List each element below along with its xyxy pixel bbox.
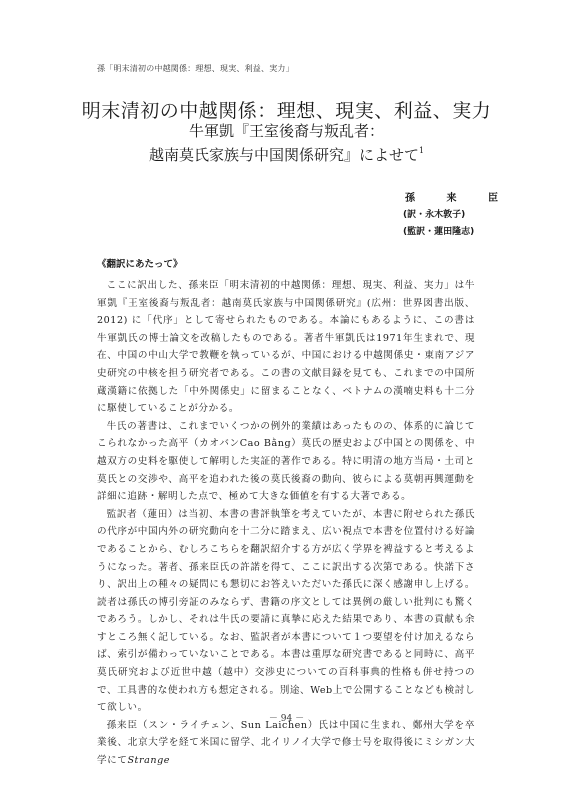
section-heading: 《翻訳にあたって》	[97, 256, 183, 270]
body-text: ここに訳出した、孫来臣「明末清初的中越関係：理想、現実、利益、実力」は牛軍凱『王…	[97, 277, 475, 770]
subtitle-line-1: 牛軍凱『王室後裔与叛乱者：	[0, 122, 573, 141]
author-name: 孫 来 臣	[405, 190, 512, 207]
supervisor-credit: (監訳・蓮田隆志)	[403, 224, 512, 241]
article-subtitle: 牛軍凱『王室後裔与叛乱者： 越南莫氏家族与中国関係研究』によせて1	[0, 122, 573, 165]
paragraph: 監訳者（蓮田）は当初、本書の書評執筆を考えていたが、本書に附せられた孫氏の代序が…	[97, 506, 475, 717]
paragraph: 牛氏の著書は、これまでいくつかの例外的業績はあったものの、体系的に論じてこられな…	[97, 418, 475, 506]
footnote-marker: 1	[419, 146, 424, 155]
subtitle-line-2: 越南莫氏家族与中国関係研究』によせて1	[0, 141, 573, 165]
italic-title-fragment: Strange	[127, 755, 170, 766]
paragraph: 孫来臣（スン・ライチェン、Sun Laichen）氏は中国に生まれ、鄭州大学を卒…	[97, 717, 475, 770]
translator-credit: (訳・永木敦子)	[403, 207, 512, 224]
paragraph: ここに訳出した、孫来臣「明末清初的中越関係：理想、現実、利益、実力」は牛軍凱『王…	[97, 277, 475, 418]
author-block: 孫 来 臣 (訳・永木敦子) (監訳・蓮田隆志)	[403, 190, 512, 241]
running-head: 孫「明末清初の中越関係：理想、現実、利益、実力」	[97, 63, 294, 74]
article-title: 明末清初の中越関係：理想、現実、利益、実力	[0, 96, 573, 123]
page-number: － 94 －	[0, 711, 573, 724]
subtitle-line-2-text: 越南莫氏家族与中国関係研究』によせて	[149, 146, 419, 164]
